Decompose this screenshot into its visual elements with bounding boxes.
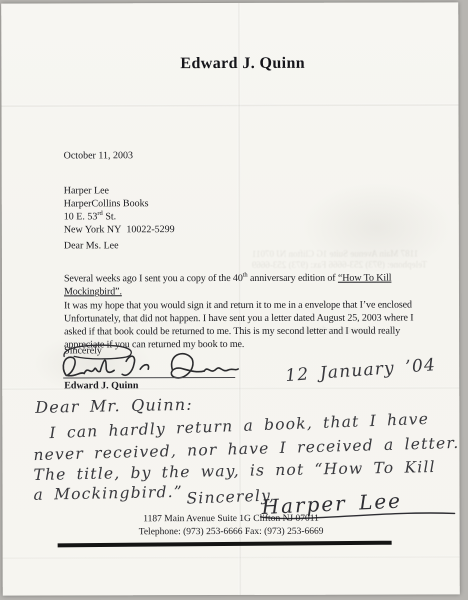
closing-word: Sincerely [64, 345, 102, 356]
body-line: asked if that book could be returned to … [64, 325, 413, 339]
body-line: It was my hope that you would sign it an… [64, 298, 413, 312]
footer-rule [58, 541, 392, 547]
recipient-company: HarperCollins Books [64, 197, 175, 210]
scanned-letter-background: Edward J. Quinn October 11, 2003 Harper … [0, 0, 468, 600]
body-line: Mockingbird”. [64, 285, 413, 299]
recipient-street: 10 E. 53rd St. [64, 210, 175, 223]
footer-phone: Telephone: (973) 253-6666 Fax: (973) 253… [3, 525, 460, 539]
paper-wrinkle [302, 182, 452, 272]
recipient-name: Harper Lee [64, 184, 175, 197]
handwritten-salutation: Dear Mr. Quinn: [35, 395, 193, 417]
footer-contact: 1187 Main Avenue Suite 1G Clifton NJ 070… [3, 512, 460, 538]
letter-body: Several weeks ago I sent you a copy of t… [64, 272, 414, 353]
handwritten-date: 12 January ’04 [285, 355, 437, 386]
body-line: appreciate if you can returned my book t… [64, 338, 413, 352]
recipient-city: New York NY 10022-5299 [64, 223, 175, 236]
fold-crease [3, 555, 460, 559]
footer-address: 1187 Main Avenue Suite 1G Clifton NJ 070… [3, 512, 460, 526]
letterhead-name: Edward J. Quinn [180, 55, 305, 73]
fold-crease [1, 103, 458, 107]
salutation: Dear Ms. Lee [64, 240, 119, 251]
body-line: Unfortunately, that did not happen. I ha… [64, 311, 413, 325]
recipient-address: Harper Lee HarperCollins Books 10 E. 53r… [64, 184, 175, 236]
body-line: Several weeks ago I sent you a copy of t… [64, 272, 413, 286]
handwritten-line: a Mockingbird.” [33, 483, 183, 504]
letter-paper: Edward J. Quinn October 11, 2003 Harper … [1, 2, 460, 595]
typed-signature-name: Edward J. Quinn [64, 380, 138, 391]
letter-date: October 11, 2003 [64, 150, 133, 161]
signature-line [63, 377, 235, 378]
